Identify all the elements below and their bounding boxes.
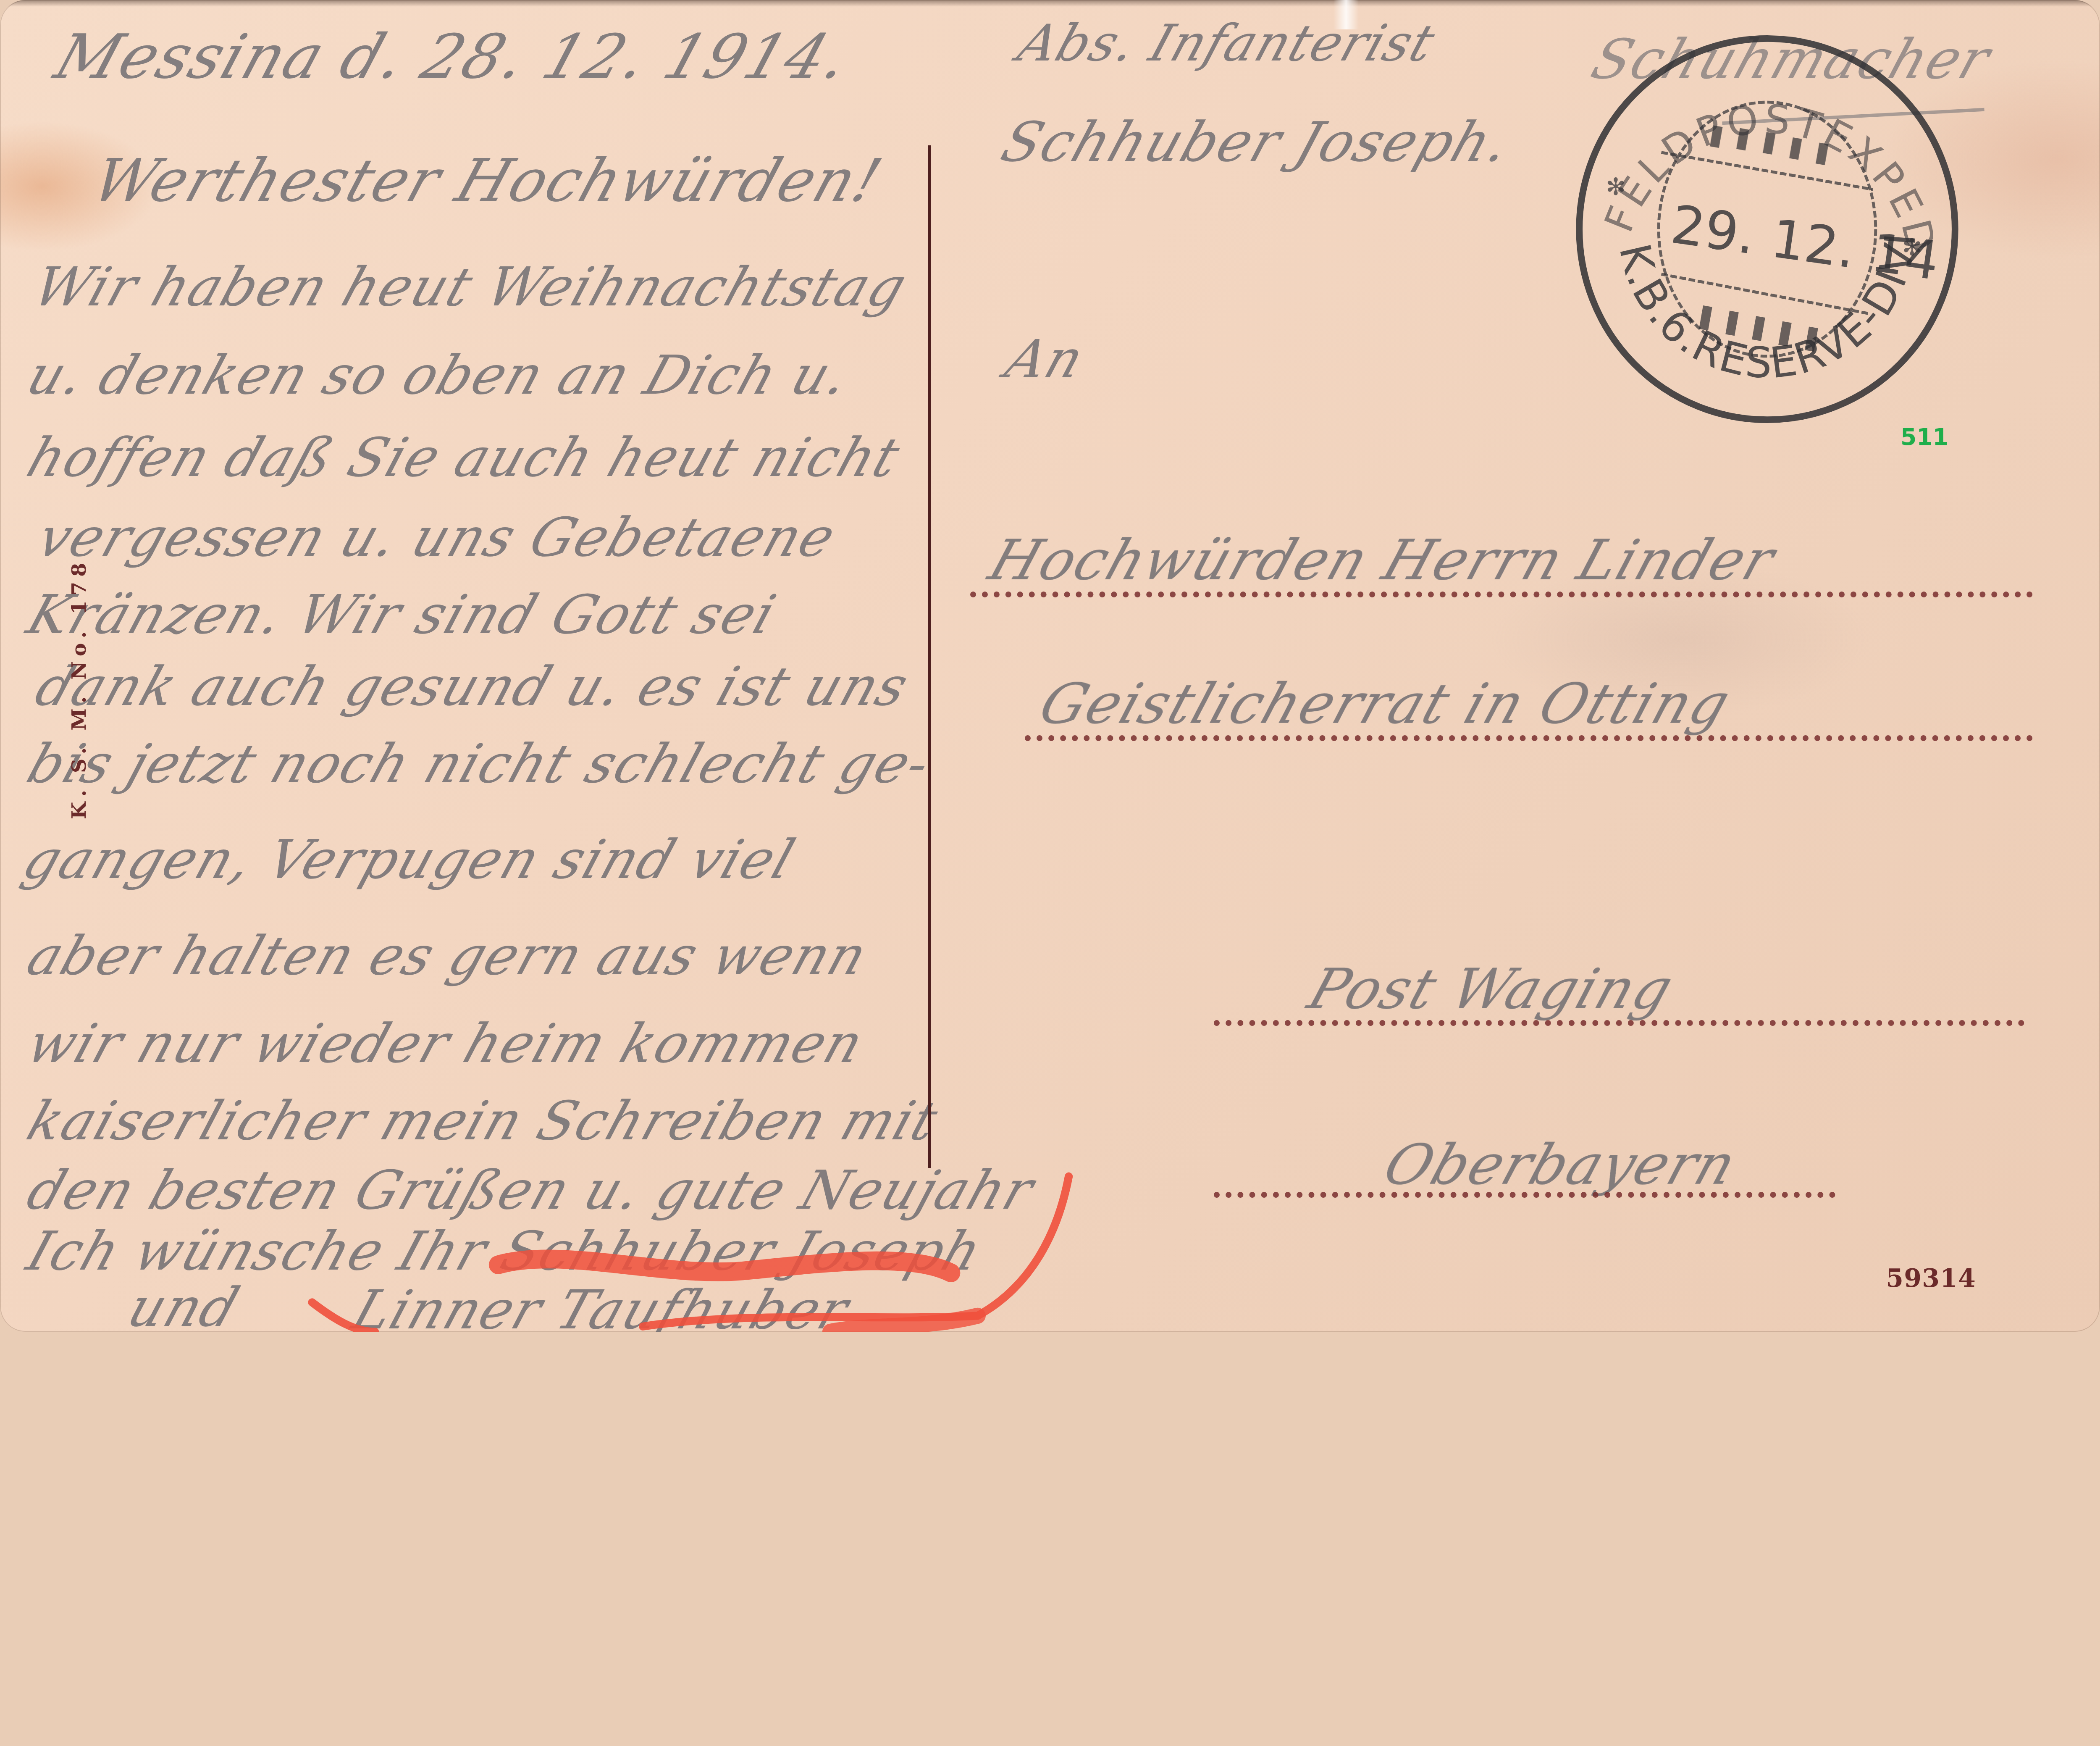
address-salutation: An	[1000, 333, 1090, 386]
message-line: gangen, Verpugen sind viel	[17, 834, 801, 887]
message-line: den besten Grüßen u. gute Neujahr	[21, 1164, 1040, 1218]
address-line-1: Hochwürden Herrn Linder	[983, 533, 1782, 589]
message-line: dank auch gesund u. es ist uns	[29, 660, 915, 714]
address-dotted-line-1	[970, 592, 2033, 597]
message-line: vergessen u. uns Gebetaene	[31, 511, 842, 565]
message-line: Ich wünsche Ihr Schhuber Joseph	[21, 1225, 988, 1279]
message-line: Werthester Hochwürden!	[86, 152, 889, 210]
postmark-circle-icon: ✻ ✻ FELDPOSTEXPED. K.B.6.RESERVE-DIVISIO…	[1569, 31, 1966, 428]
card-top-edge	[0, 0, 2100, 7]
message-line: und	[122, 1281, 246, 1332]
publisher-mark: K. S. M. No. 178	[67, 557, 91, 819]
message-place-date: Messina d. 28. 12. 1914.	[48, 26, 857, 87]
message-line: Kränzen. Wir sind Gott sei	[21, 589, 782, 642]
serial-number: 59314	[1886, 1264, 1976, 1293]
message-line: bis jetzt noch nicht schlecht ge-	[21, 738, 937, 791]
address-dotted-line-3	[1214, 1020, 2024, 1026]
annotation-label: 511	[1900, 423, 1949, 450]
postcard-back: Messina d. 28. 12. 1914. Werthester Hoch…	[0, 0, 2100, 1332]
message-line: Wir haben heut Weihnachtstag	[27, 261, 913, 315]
postmark-stamp: ✻ ✻ FELDPOSTEXPED. K.B.6.RESERVE-DIVISIO…	[1569, 31, 1966, 429]
postcard-divider-line	[928, 145, 931, 1168]
address-dotted-line-4	[1214, 1192, 1835, 1198]
address-dotted-line-2	[1025, 735, 2033, 741]
address-line-3: Post Waging	[1302, 962, 1680, 1018]
message-line: hoffen daß Sie auch heut nicht	[21, 431, 906, 485]
address-line-4: Oberbayern	[1378, 1137, 1743, 1193]
message-line: kaiserlicher mein Schreiben mit	[21, 1095, 945, 1149]
message-line: wir nur wieder heim kommen	[21, 1018, 870, 1071]
sender-line-2: Schhuber Joseph.	[995, 115, 1517, 169]
message-signature: Linner Taufhuber	[346, 1284, 856, 1332]
address-line-2: Geistlicherrat in Otting	[1033, 676, 1737, 732]
message-line: aber halten es gern aus wenn	[21, 930, 874, 983]
sender-line-1: Abs. Infanterist	[1012, 18, 1441, 69]
message-line: u. denken so oben an Dich u.	[21, 349, 856, 403]
